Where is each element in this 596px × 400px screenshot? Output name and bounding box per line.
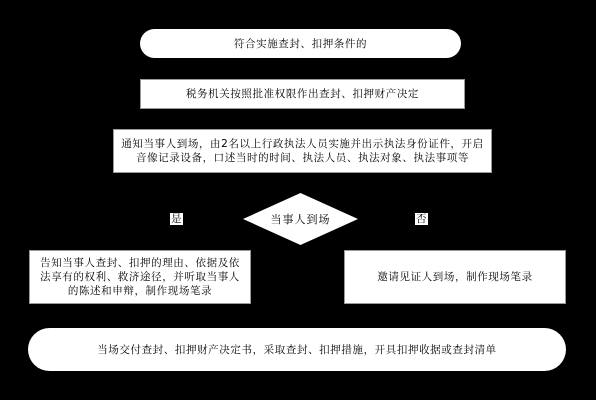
branch-yes-text-line1: 告知当事人查封、扣押的理由、依据及依 [40,256,240,270]
notify-party-text-line1: 通知当事人到场，由2名以上行政执法人员实施并出示执法身份证件，开启 [121,137,483,151]
start-terminal-node: 符合实施查封、扣押条件的 [140,29,461,58]
edge-label-no: 否 [415,213,428,225]
branch-yes-node: 告知当事人查封、扣押的理由、依据及依 法享有的权利、救济途径，并听取当事人 的陈… [29,250,251,304]
branch-no-text: 邀请见证人到场，制作现场笔录 [377,270,532,284]
authority-decision-node: 税务机关按照批准权限作出查封、扣押财产决定 [140,79,465,109]
authority-decision-text: 税务机关按照批准权限作出查封、扣押财产决定 [186,87,419,101]
edge-label-yes: 是 [170,213,183,225]
party-present-decision-node: 当事人到场 [243,193,358,245]
notify-party-node: 通知当事人到场，由2名以上行政执法人员实施并出示执法身份证件，开启 音像记录设备… [113,129,492,173]
branch-no-node: 邀请见证人到场，制作现场笔录 [344,250,566,304]
notify-party-text-line2: 音像记录设备，口述当时的时间、执法人员、执法对象、执法事项等 [121,151,483,165]
branch-yes-text-line2: 法享有的权利、救济途径，并听取当事人 [40,270,240,284]
start-terminal-text: 符合实施查封、扣押条件的 [234,37,367,51]
end-terminal-node: 当场交付查封、扣押财产决定书，采取查封、扣押措施，开具扣押收据或查封清单 [28,328,566,371]
end-terminal-text: 当场交付查封、扣押财产决定书，采取查封、扣押措施，开具扣押收据或查封清单 [97,343,497,357]
branch-yes-text-line3: 的陈述和申辩，制作现场笔录 [40,284,240,298]
party-present-text: 当事人到场 [243,193,358,245]
